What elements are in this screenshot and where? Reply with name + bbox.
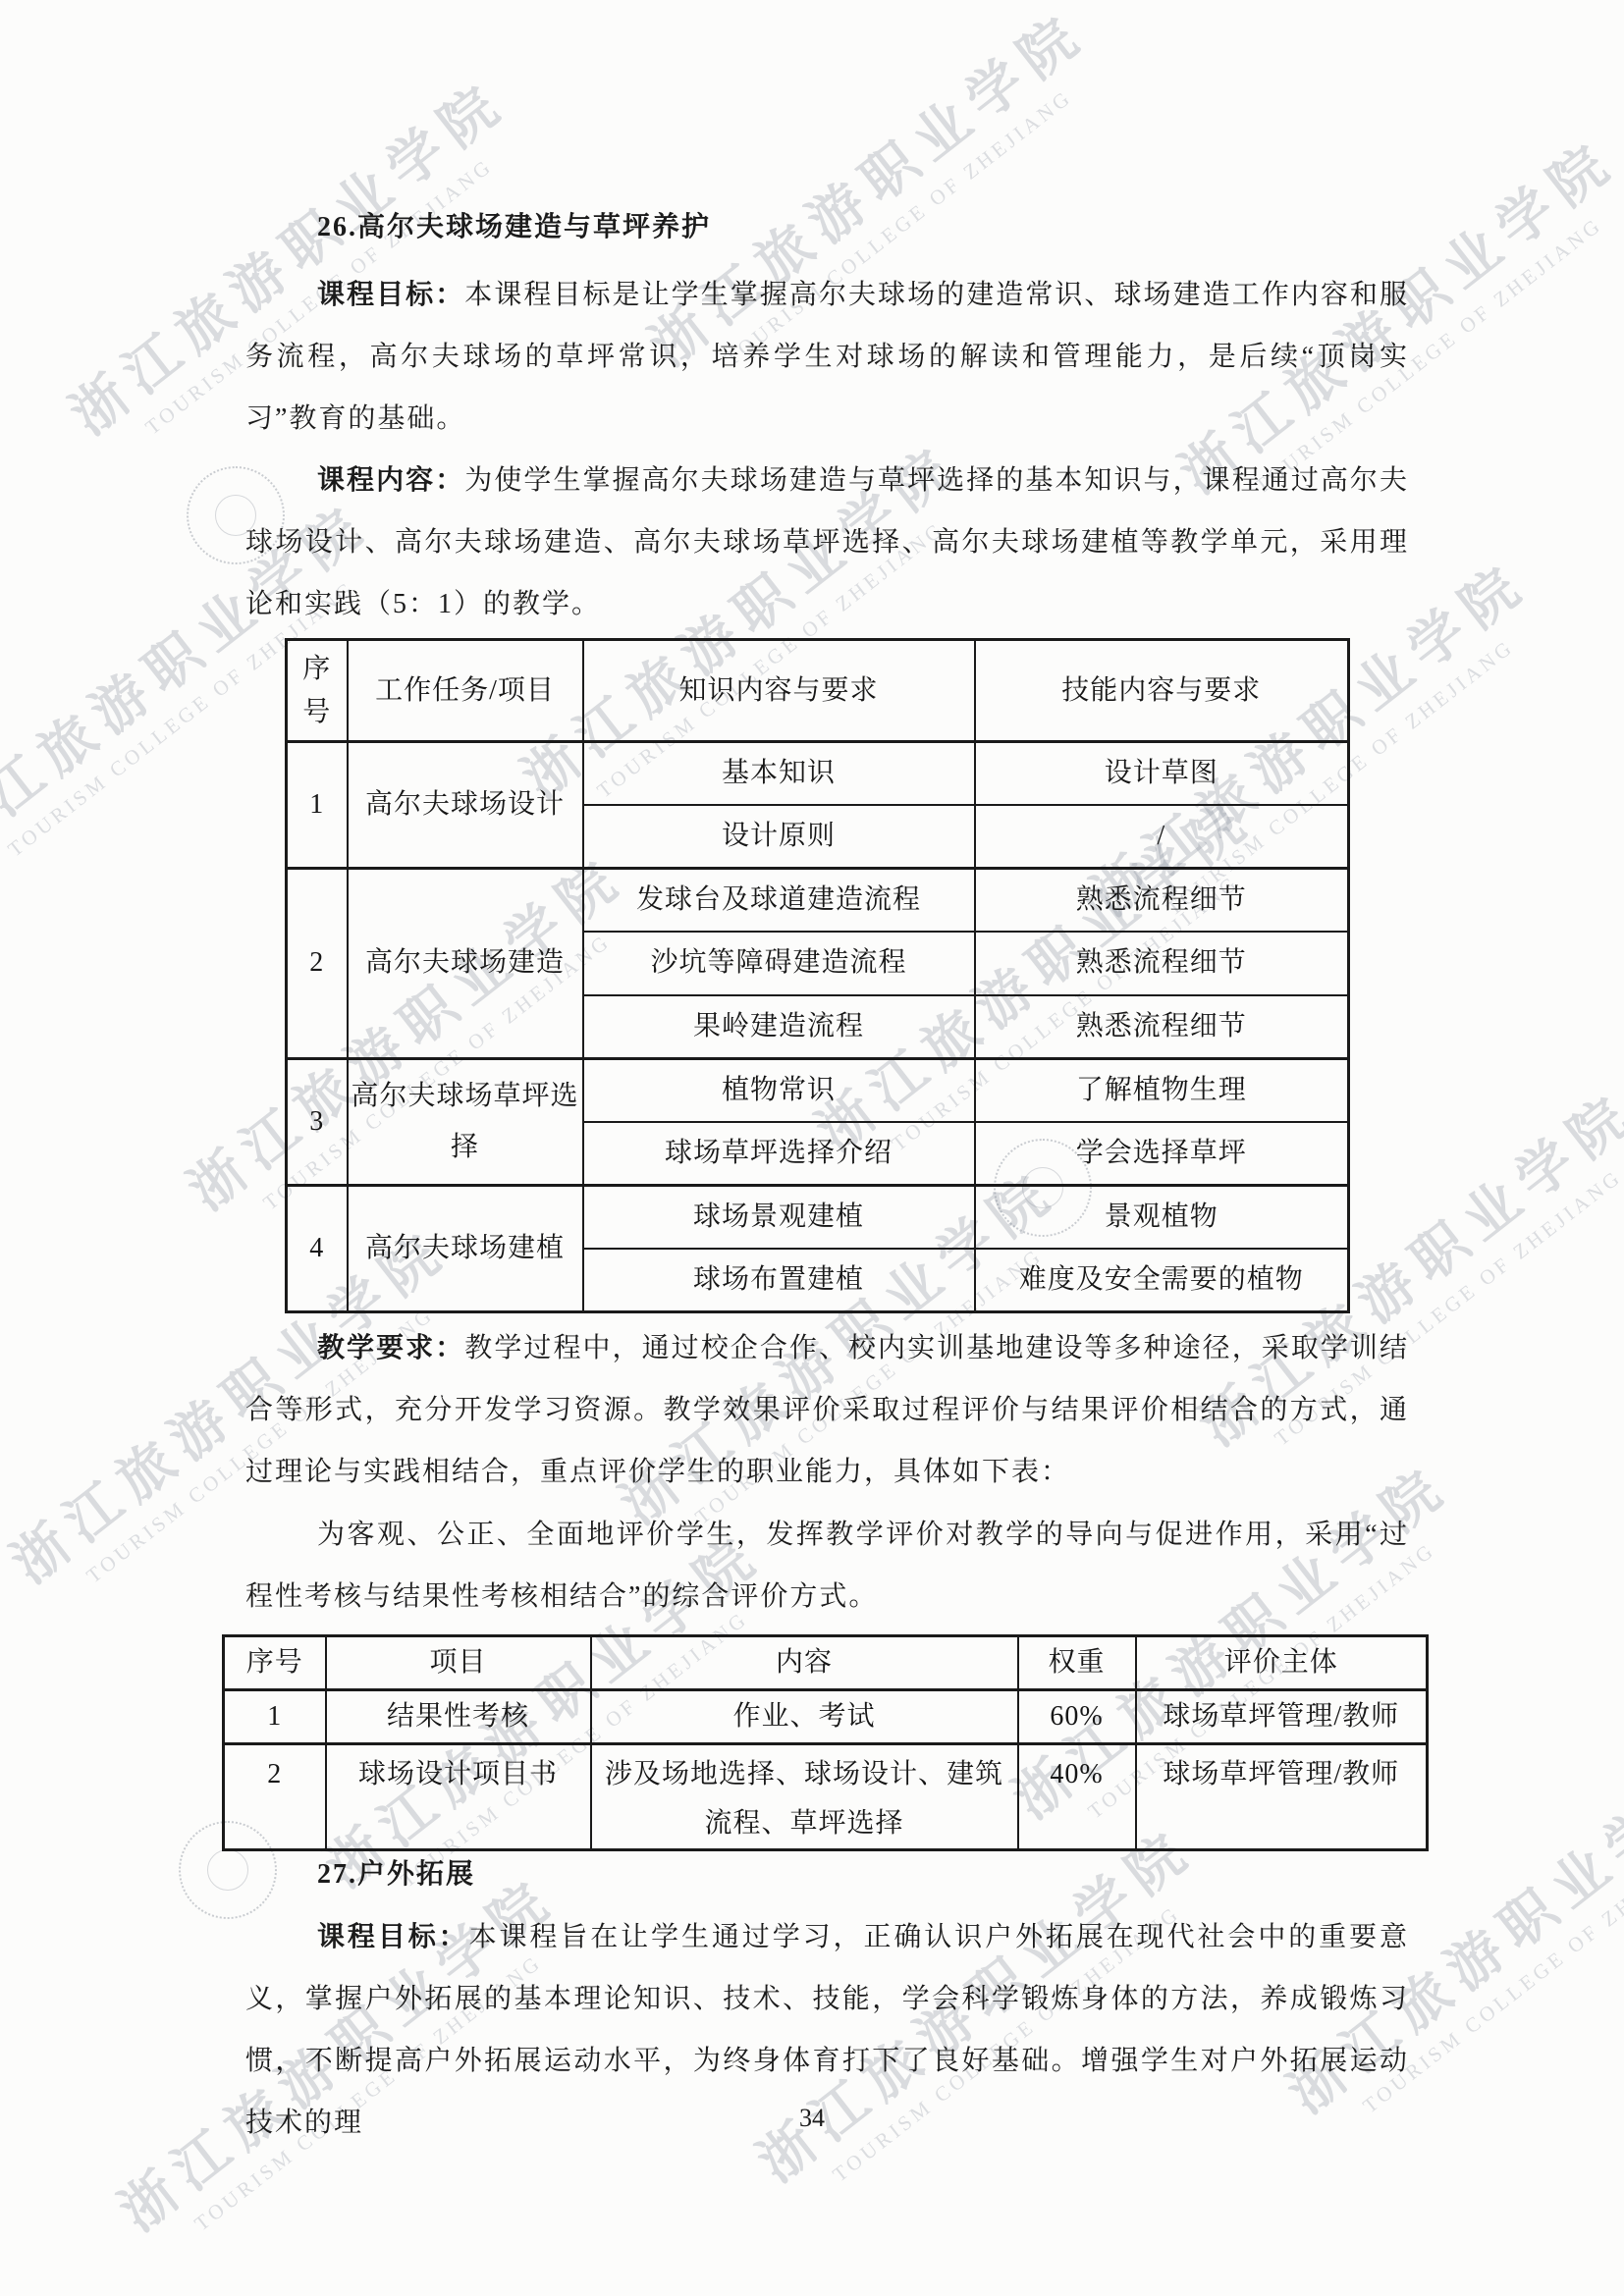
page-number: 34 [0,2097,1624,2140]
course-content-paragraph-26: 课程内容：为使学生掌握高尔夫球场建造与草坪选择的基本知识与，课程通过高尔夫球场设… [245,450,1409,635]
cell-weight: 40% [1018,1744,1136,1850]
column-header-skill: 技能内容与要求 [975,640,1349,742]
cell-skill: 熟悉流程细节 [975,932,1349,995]
column-header-content: 内容 [591,1636,1018,1690]
cell-knowledge: 基本知识 [583,742,975,806]
teaching-requirement-paragraph: 教学要求：教学过程中，通过校企合作、校内实训基地建设等多种途径，采取学训结合等形… [245,1317,1409,1503]
cell-skill: 设计草图 [975,742,1349,806]
column-header-task: 工作任务/项目 [348,640,583,742]
table-row: 2 球场设计项目书 涉及场地选择、球场设计、建筑流程、草坪选择 40% 球场草坪… [224,1744,1428,1850]
course-goal-label: 课程目标： [317,280,464,310]
row-no: 1 [287,742,348,869]
cell-item: 结果性考核 [326,1690,591,1744]
column-header-evaluator: 评价主体 [1136,1636,1428,1690]
cell-knowledge: 设计原则 [583,805,975,869]
cell-knowledge: 发球台及球道建造流程 [583,869,975,933]
table-row: 3 高尔夫球场草坪选择 植物常识 了解植物生理 [287,1058,1349,1122]
course-goal-label: 课程目标： [317,1922,469,1952]
cell-skill: / [975,805,1349,869]
cell-skill: 了解植物生理 [975,1058,1349,1122]
column-header-knowledge: 知识内容与要求 [583,640,975,742]
evaluation-intro-text: 为客观、公正、全面地评价学生，发挥教学评价对教学的导向与促进作用，采用“过程性考… [245,1520,1409,1612]
cell-skill: 难度及安全需要的植物 [975,1249,1349,1312]
cell-skill: 熟悉流程细节 [975,995,1349,1059]
cell-skill: 学会选择草坪 [975,1122,1349,1186]
cell-no: 1 [224,1690,326,1744]
cell-skill: 熟悉流程细节 [975,869,1349,933]
cell-content: 作业、考试 [591,1690,1018,1744]
cell-evaluator: 球场草坪管理/教师 [1136,1744,1428,1850]
course-goal-paragraph-26: 课程目标：本课程目标是让学生掌握高尔夫球场的建造常识、球场建造工作内容和服务流程… [245,264,1409,450]
evaluation-table-header-row: 序号 项目 内容 权重 评价主体 [224,1636,1428,1690]
row-task: 高尔夫球场建植 [348,1185,583,1311]
course-content-label: 课程内容： [317,465,464,496]
column-header-no: 序号 [224,1636,326,1690]
cell-item: 球场设计项目书 [326,1744,591,1850]
row-no: 3 [287,1058,348,1185]
cell-evaluator: 球场草坪管理/教师 [1136,1690,1428,1744]
table-row: 2 高尔夫球场建造 发球台及球道建造流程 熟悉流程细节 [287,869,1349,933]
row-no: 2 [287,869,348,1059]
tasks-table: 序号 工作任务/项目 知识内容与要求 技能内容与要求 1 高尔夫球场设计 基本知… [285,638,1350,1313]
table-row: 1 结果性考核 作业、考试 60% 球场草坪管理/教师 [224,1690,1428,1744]
page-content: 26.高尔夫球场建造与草坪养护 课程目标：本课程目标是让学生掌握高尔夫球场的建造… [0,0,1624,2296]
cell-content: 涉及场地选择、球场设计、建筑流程、草坪选择 [591,1744,1018,1850]
row-task: 高尔夫球场设计 [348,742,583,869]
column-header-item: 项目 [326,1636,591,1690]
table-row: 1 高尔夫球场设计 基本知识 设计草图 [287,742,1349,806]
teaching-requirement-label: 教学要求： [317,1333,464,1363]
row-task: 高尔夫球场建造 [348,869,583,1059]
table-row: 4 高尔夫球场建植 球场景观建植 景观植物 [287,1185,1349,1249]
cell-knowledge: 植物常识 [583,1058,975,1122]
cell-knowledge: 果岭建造流程 [583,995,975,1059]
section-26-heading: 26.高尔夫球场建造与草坪养护 [317,200,711,255]
document-page: 浙江旅游职业学院TOURISM COLLEGE OF ZHEJIANG浙江旅游职… [0,0,1624,2296]
cell-knowledge: 球场景观建植 [583,1185,975,1249]
cell-no: 2 [224,1744,326,1850]
column-header-no: 序号 [287,640,348,742]
column-header-weight: 权重 [1018,1636,1136,1690]
cell-knowledge: 沙坑等障碍建造流程 [583,932,975,995]
cell-skill: 景观植物 [975,1185,1349,1249]
row-no: 4 [287,1185,348,1311]
tasks-table-header-row: 序号 工作任务/项目 知识内容与要求 技能内容与要求 [287,640,1349,742]
evaluation-intro-paragraph: 为客观、公正、全面地评价学生，发挥教学评价对教学的导向与促进作用，采用“过程性考… [245,1504,1409,1628]
cell-knowledge: 球场布置建植 [583,1249,975,1312]
section-27-heading: 27.户外拓展 [317,1847,475,1902]
cell-weight: 60% [1018,1690,1136,1744]
cell-knowledge: 球场草坪选择介绍 [583,1122,975,1186]
evaluation-table: 序号 项目 内容 权重 评价主体 1 结果性考核 作业、考试 60% 球场草坪管… [222,1634,1429,1851]
row-task: 高尔夫球场草坪选择 [348,1058,583,1185]
